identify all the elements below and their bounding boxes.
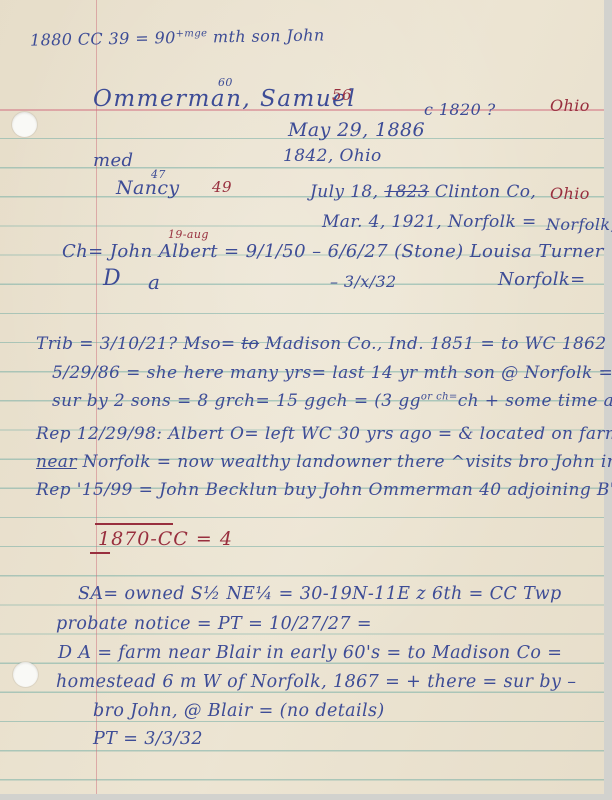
notes2-line6: PT = 3/3/32 <box>93 729 203 749</box>
wife-birth-struck-year: 1823 <box>384 182 429 202</box>
notes1-line3: sur by 2 sons = 8 grch= 15 ggch = (3 ggo… <box>52 391 612 411</box>
notes2-line2: probate notice = PT = 10/27/27 = <box>56 614 372 634</box>
child2-initial-d: D <box>103 266 121 291</box>
census-heading: 1870-CC = 4 <box>98 528 233 550</box>
wife-birth-line: July 18, 1823 Clinton Co, <box>310 182 536 202</box>
notes1-line3-pre: sur by 2 sons = 8 grch= 15 ggch = (3 gg <box>52 391 421 411</box>
notes1-line5-rest: Norfolk = now wealthy landowner there ^v… <box>77 452 612 472</box>
punch-hole-bottom <box>13 662 38 687</box>
child-red-superscript: 19-aug <box>168 228 209 241</box>
notes1-line2: 5/29/86 = she here many yrs= last 14 yr … <box>52 363 612 383</box>
notes1-line3-post: ch + some time ago) <box>458 391 612 411</box>
notes1-line1-post: Madison Co., Ind. 1851 = to WC 1862 = Re… <box>259 334 612 354</box>
wife-birth-pre: July 18, <box>310 182 384 202</box>
child2-place: Norfolk= <box>498 269 586 290</box>
wife-death-place: Norfolk, <box>546 215 612 234</box>
wife-name: Nancy <box>116 177 180 199</box>
corner-note-superscript: +mge <box>176 28 208 40</box>
notes1-line5-underlined: near <box>36 452 77 472</box>
wife-age-superscript: 47 <box>151 168 166 181</box>
wife-death: Mar. 4, 1921, Norfolk = <box>322 212 537 232</box>
heading-underline-mark <box>90 552 110 554</box>
corner-note-post: mth son John <box>207 25 324 46</box>
child-dates: = 9/1/50 – 6/6/27 (Stone) Louisa Turner <box>224 241 604 262</box>
notes1-line4: Rep 12/29/98: Albert O= left WC 30 yrs a… <box>36 424 612 444</box>
name-age-superscript: 60 <box>218 76 233 89</box>
subject-name: Ommerman, Samuel <box>93 86 356 112</box>
notes2-line1: SA= owned S½ NE¼ = 30-19N-11E z 6th = CC… <box>78 584 562 604</box>
child2-initial-a: a <box>148 270 160 294</box>
notes2-line3: D A = farm near Blair in early 60's = to… <box>58 643 562 663</box>
death-date: May 29, 1886 <box>288 119 425 141</box>
birth-state: Ohio <box>550 96 590 115</box>
notes1-line5: near Norfolk = now wealthy landowner the… <box>36 452 612 472</box>
child-prefix: Ch= John Albert <box>62 241 224 262</box>
heading-overline-mark <box>95 523 173 525</box>
notes1-line1-struck: to <box>241 334 259 354</box>
wife-age-red-note: 49 <box>212 178 232 196</box>
corner-note-pre: 1880 CC 39 = 90 <box>30 28 176 50</box>
notes1-line1: Trib = 3/10/21? Mso= to Madison Co., Ind… <box>36 334 612 354</box>
age-red-note: 56 <box>332 86 352 104</box>
birth-circa: c 1820 ? <box>424 100 496 119</box>
notes1-line1-pre: Trib = 3/10/21? Mso= <box>36 334 241 354</box>
punch-hole-top <box>12 112 37 137</box>
notes1-line3-superscript: or ch= <box>421 391 458 402</box>
wife-birth-state: Ohio <box>550 184 590 203</box>
married-label: med <box>93 150 133 171</box>
child-line: Ch= John Albert = 9/1/50 – 6/6/27 (Stone… <box>62 241 604 262</box>
notes1-line6: Rep '15/99 = John Becklun buy John Ommer… <box>36 480 612 500</box>
notebook-page: 1880 CC 39 = 90+mge mth son John Ommerma… <box>0 0 604 794</box>
notes2-line5: bro John, @ Blair = (no details) <box>93 701 385 721</box>
child2-date: – 3/x/32 <box>330 272 397 291</box>
wife-birth-post: Clinton Co, <box>429 182 536 202</box>
corner-census-note: 1880 CC 39 = 90+mge mth son John <box>30 25 325 49</box>
notes2-line4: homestead 6 m W of Norfolk, 1867 = + the… <box>56 672 576 692</box>
married-date: 1842, Ohio <box>283 146 382 166</box>
